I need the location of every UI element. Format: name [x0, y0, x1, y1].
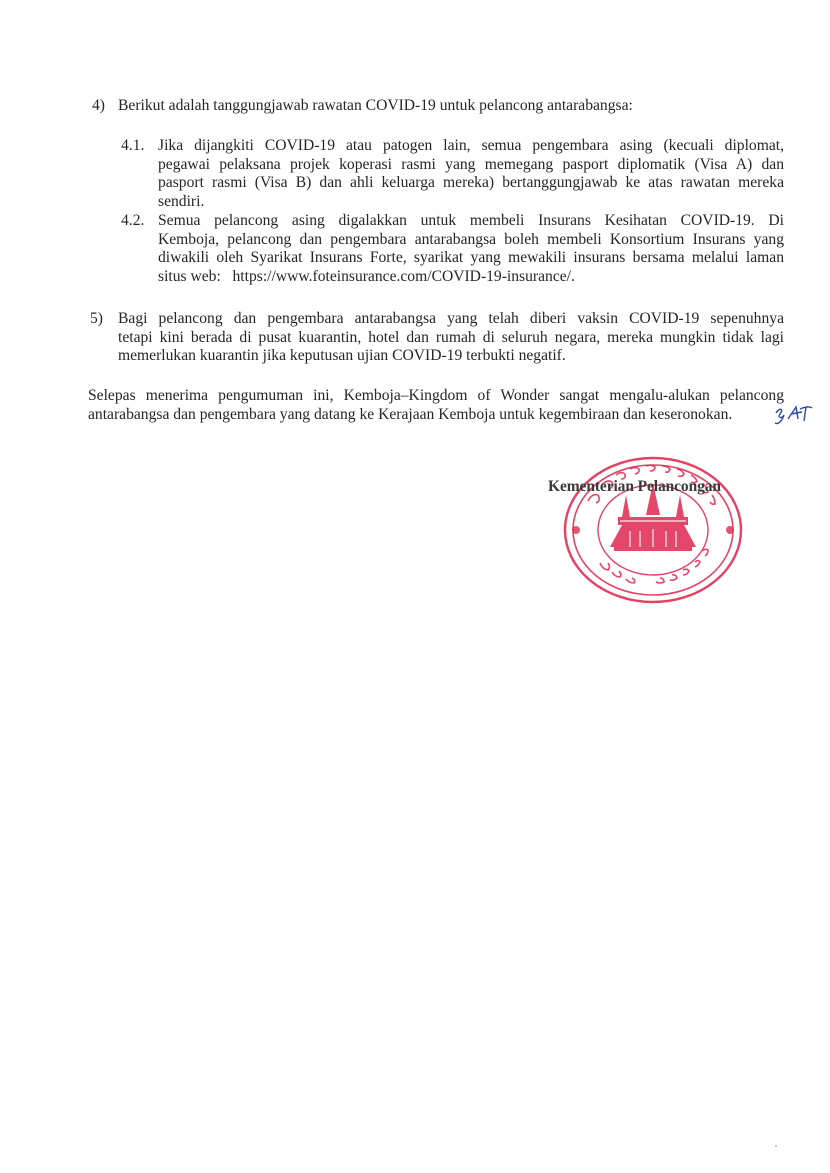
item-4-2-line: Semua pelancong asing digalakkan untuk m…	[158, 212, 784, 230]
item-5-number: 5)	[90, 310, 103, 328]
item-5-line: tetapi kini berada di pusat kuarantin, h…	[118, 329, 784, 347]
item-5-line: memerlukan kuarantin jika keputusan ujia…	[118, 347, 566, 365]
item-4-2-line: Kemboja, pelancong dan pengembara antara…	[158, 231, 784, 249]
item-4-1-line: Jika dijangkiti COVID-19 atau patogen la…	[158, 137, 784, 155]
item-4-number: 4)	[92, 97, 105, 115]
item-4-2-number: 4.2.	[121, 212, 144, 230]
item-4-2-line: diwakili oleh Syarikat Insurans Forte, s…	[158, 249, 784, 267]
closing-line: antarabangsa dan pengembara yang datang …	[88, 406, 732, 424]
item-4-1-number: 4.1.	[121, 137, 144, 155]
document-page: 4) Berikut adalah tanggungjawab rawatan …	[0, 0, 830, 1173]
scan-speck	[775, 1145, 777, 1147]
item-4-1-line: pegawai pelaksana projek koperasi rasmi …	[158, 156, 784, 174]
closing-line: Selepas menerima pengumuman ini, Kemboja…	[88, 387, 784, 405]
item-4-1-line: pasport rasmi (Visa B) dan ahli keluarga…	[158, 174, 784, 192]
ministry-name: Kementerian Pelancongan	[548, 478, 721, 496]
item-4-text: Berikut adalah tanggungjawab rawatan COV…	[118, 97, 633, 115]
handwritten-initials-icon	[772, 403, 814, 427]
item-5-line: Bagi pelancong dan pengembara antarabang…	[118, 310, 784, 328]
item-4-2-url-line: situs web: https://www.foteinsurance.com…	[158, 268, 575, 286]
item-4-1-line: sendiri.	[158, 193, 204, 211]
